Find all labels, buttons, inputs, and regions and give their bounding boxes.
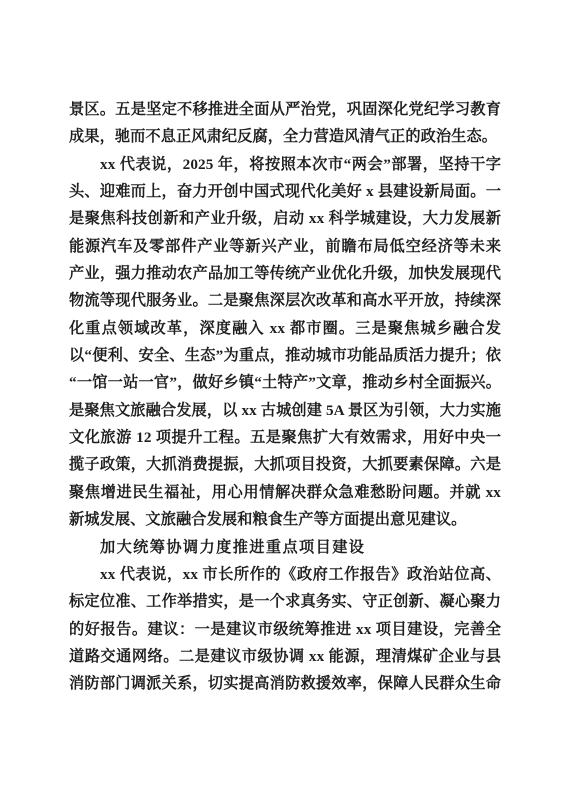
text-line: 道路交通网络。二是建议市级协调 xx 能源，理清煤矿企业与县 [69, 643, 501, 670]
paragraph: xx 代表说，xx 市长所作的《政府工作报告》政治站位高、目标定位准、工作举措实… [69, 561, 501, 698]
paragraph: 景区。五是坚定不移推进全面从严治党，巩固深化党纪学习教育成果，驰而不息正风肃纪反… [69, 96, 501, 151]
text-line: 是聚焦文旅融合发展，以 xx 古城创建 5A 景区为引领，大力实施 [69, 397, 501, 424]
text-line: 能源汽车及零部件产业等新兴产业，前瞻布局低空经济等未来 [69, 233, 501, 260]
text-line: 以“便利、安全、生态”为重点，推动城市功能品质活力提升；依托 [69, 342, 501, 369]
text-line: 景区。五是坚定不移推进全面从严治党，巩固深化党纪学习教育 [69, 96, 501, 123]
text-line: xx 代表说，xx 市长所作的《政府工作报告》政治站位高、目 [69, 561, 501, 588]
paragraph: xx 代表说，2025 年，将按照本次市“两会”部署，坚持干字当头、迎难而上，奋… [69, 151, 501, 534]
text-line: 消防部门调派关系，切实提高消防救援效率，保障人民群众生命 [69, 670, 501, 697]
text-line: 加大统筹协调力度推进重点项目建设 [69, 534, 501, 561]
text-line: 文化旅游 12 项提升工程。五是聚焦扩大有效需求，用好中央一 [69, 424, 501, 451]
text-line: 揽子政策，大抓消费提振，大抓项目投资，大抓要素保障。六是 [69, 451, 501, 478]
text-line: 标定位准、工作举措实，是一个求真务实、守正创新、凝心聚力 [69, 588, 501, 615]
text-line: 新城发展、文旅融合发展和粮食生产等方面提出意见建议。 [69, 506, 501, 533]
text-line: “一馆一站一官”，做好乡镇“土特产”文章，推动乡村全面振兴。四 [69, 369, 501, 396]
section-heading: 加大统筹协调力度推进重点项目建设 [69, 534, 501, 561]
text-line: xx 代表说，2025 年，将按照本次市“两会”部署，坚持干字当 [69, 151, 501, 178]
text-line: 化重点领域改革，深度融入 xx 都市圈。三是聚焦城乡融合发展， [69, 315, 501, 342]
text-line: 头、迎难而上，奋力开创中国式现代化美好 x 县建设新局面。一 [69, 178, 501, 205]
text-line: 产业，强力推动农产品加工等传统产业优化升级，加快发展现代 [69, 260, 501, 287]
text-line: 是聚焦科技创新和产业升级，启动 xx 科学城建设，大力发展新 [69, 205, 501, 232]
document-page: 景区。五是坚定不移推进全面从严治党，巩固深化党纪学习教育成果，驰而不息正风肃纪反… [0, 0, 570, 807]
text-line: 成果，驰而不息正风肃纪反腐，全力营造风清气正的政治生态。 [69, 123, 501, 150]
text-line: 物流等现代服务业。二是聚焦深层次改革和高水平开放，持续深 [69, 287, 501, 314]
text-line: 的好报告。建议：一是建议市级统筹推进 xx 项目建设，完善全市 [69, 616, 501, 643]
text-line: 聚焦增进民生福祉，用心用情解决群众急难愁盼问题。并就 xx [69, 479, 501, 506]
document-body: 景区。五是坚定不移推进全面从严治党，巩固深化党纪学习教育成果，驰而不息正风肃纪反… [69, 96, 501, 698]
